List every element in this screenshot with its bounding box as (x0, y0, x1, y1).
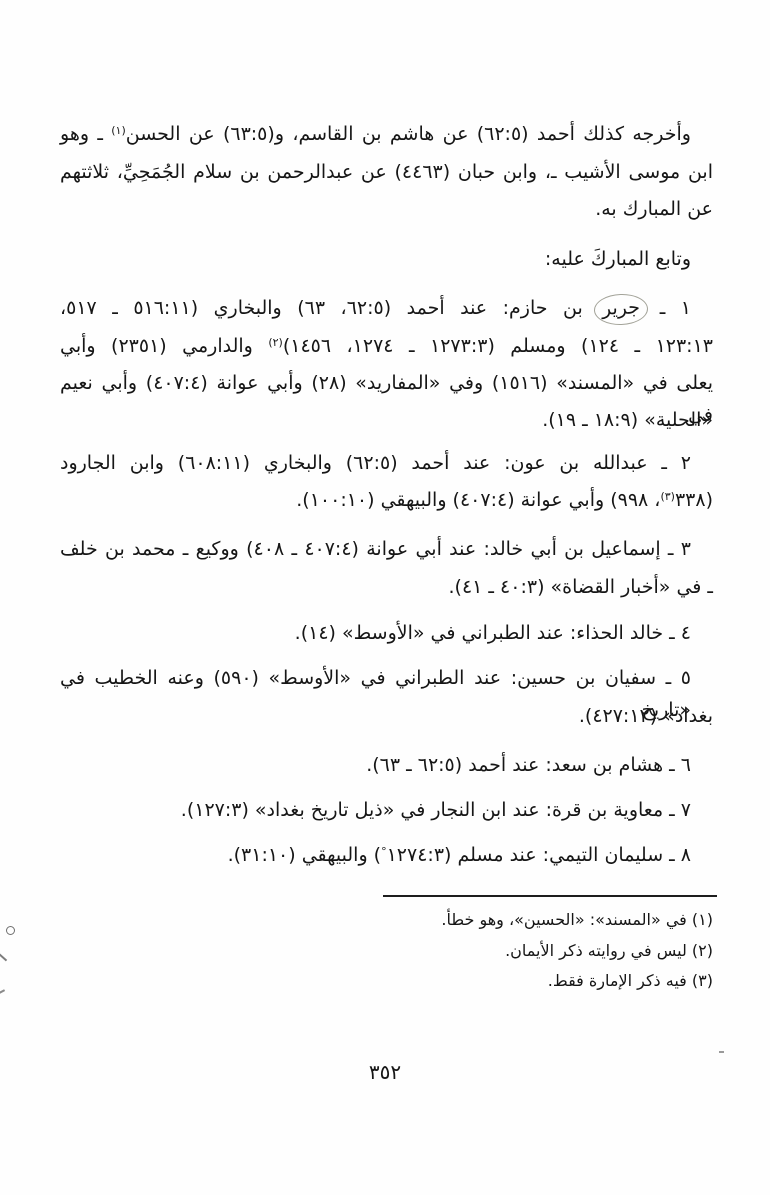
list-item-4: ٤ ـ خالد الحذاء: عند الطبراني في «الأوسط… (60, 617, 713, 651)
list-item-1-line-1: ١ ـ جرير بن حازم: عند أحمد (٦٢:٥، ٦٣) وا… (60, 292, 713, 326)
item1-number: ١ ـ (644, 297, 691, 319)
list-item-5-line-2: بغداد» (٤٢٧:١٢). (60, 700, 713, 734)
item8-text-part: ٨ ـ سليمان التيمي: عند مسلم (١٢٧٤:٣ (387, 844, 691, 866)
item1-text-part: ١٢٣:١٣ ـ ١٢٤) ومسلم (١٢٧٣:٣ ـ ١٢٧٤، ١٤٥٦… (283, 335, 713, 357)
list-item-6: ٦ ـ هشام بن سعد: عند أحمد (٦٢:٥ ـ ٦٣). (60, 749, 713, 783)
list-item-1-line-3: يعلى في «المسند» (١٥١٦) وفي «المفاريد» (… (60, 367, 713, 401)
pencil-tick-mark (0, 953, 7, 962)
pencil-circle-mark (6, 926, 15, 935)
list-item-1-line-2: ١٢٣:١٣ ـ ١٢٤) ومسلم (١٢٧٣:٣ ـ ١٢٧٤، ١٤٥٦… (60, 330, 713, 364)
item1-text-part: بن حازم: عند أحمد (٦٢:٥، ٦٣) والبخاري (٥… (60, 297, 598, 319)
pencil-tick-mark (0, 989, 5, 994)
scanned-book-page: وأخرجه كذلك أحمد (٦٢:٥) عن هاشم بن القاس… (0, 0, 770, 1195)
footnote-3: (٣) فيه ذكر الإمارة فقط. (60, 967, 713, 995)
list-item-7: ٧ ـ معاوية بن قرة: عند ابن النجار في «ذي… (60, 794, 713, 828)
item8-text-part: ) والبيهقي (٣١:١٠). (228, 844, 382, 866)
footnote-separator-rule (383, 895, 717, 897)
item2-text-part: ، ٩٩٨) وأبي عوانة (٤٠٧:٤) والبيهقي (١٠٠:… (296, 489, 660, 511)
footnote-2: (٢) ليس في روايته ذكر الأيمان. (60, 937, 713, 965)
intro-paragraph-line-3: عن المبارك به. (60, 193, 713, 227)
footnote-marker-1: (١) (111, 124, 126, 137)
list-item-5-line-1: ٥ ـ سفيان بن حسين: عند الطبراني في «الأو… (60, 662, 713, 696)
pencil-oval-annotation: جرير (594, 293, 649, 326)
intro-paragraph-line-2: ابن موسى الأشيب ـ، وابن حبان (٤٤٦٣) عن ع… (60, 156, 713, 190)
footnote-marker-3: (٣) (660, 490, 675, 503)
item2-text-part: (٣٣٨ (675, 489, 713, 511)
list-item-3-line-2: ـ في «أخبار القضاة» (٤٠:٣ ـ ٤١). (60, 571, 713, 605)
footnote-1: (١) في «المسند»: «الحسين»، وهو خطأ. (60, 906, 713, 934)
list-item-2-line-2: (٣٣٨(٣)، ٩٩٨) وأبي عوانة (٤٠٧:٤) والبيهق… (60, 484, 713, 518)
intro-paragraph-line-1: وأخرجه كذلك أحمد (٦٢:٥) عن هاشم بن القاس… (60, 118, 713, 152)
followers-heading: وتابع المباركَ عليه: (60, 243, 713, 277)
intro-text-part: وأخرجه كذلك أحمد (٦٢:٥) عن هاشم بن القاس… (126, 123, 691, 145)
list-item-2-line-1: ٢ ـ عبدالله بن عون: عند أحمد (٦٢:٥) والب… (60, 447, 713, 481)
print-speck-mark (719, 1051, 724, 1053)
footnote-marker-2: (٢) (268, 336, 283, 349)
intro-text-part: ـ وهو (60, 123, 111, 145)
list-item-3-line-1: ٣ ـ إسماعيل بن أبي خالد: عند أبي عوانة (… (60, 533, 713, 567)
list-item-1-line-4: «الحلية» (١٨:٩ ـ ١٩). (60, 404, 713, 438)
list-item-8: ٨ ـ سليمان التيمي: عند مسلم (١٢٧٤:٣°) وا… (60, 839, 713, 873)
item1-text-part: والدارمي (٢٣٥١) وأبي (60, 335, 268, 357)
page-number: ٣٥٢ (0, 1060, 770, 1084)
